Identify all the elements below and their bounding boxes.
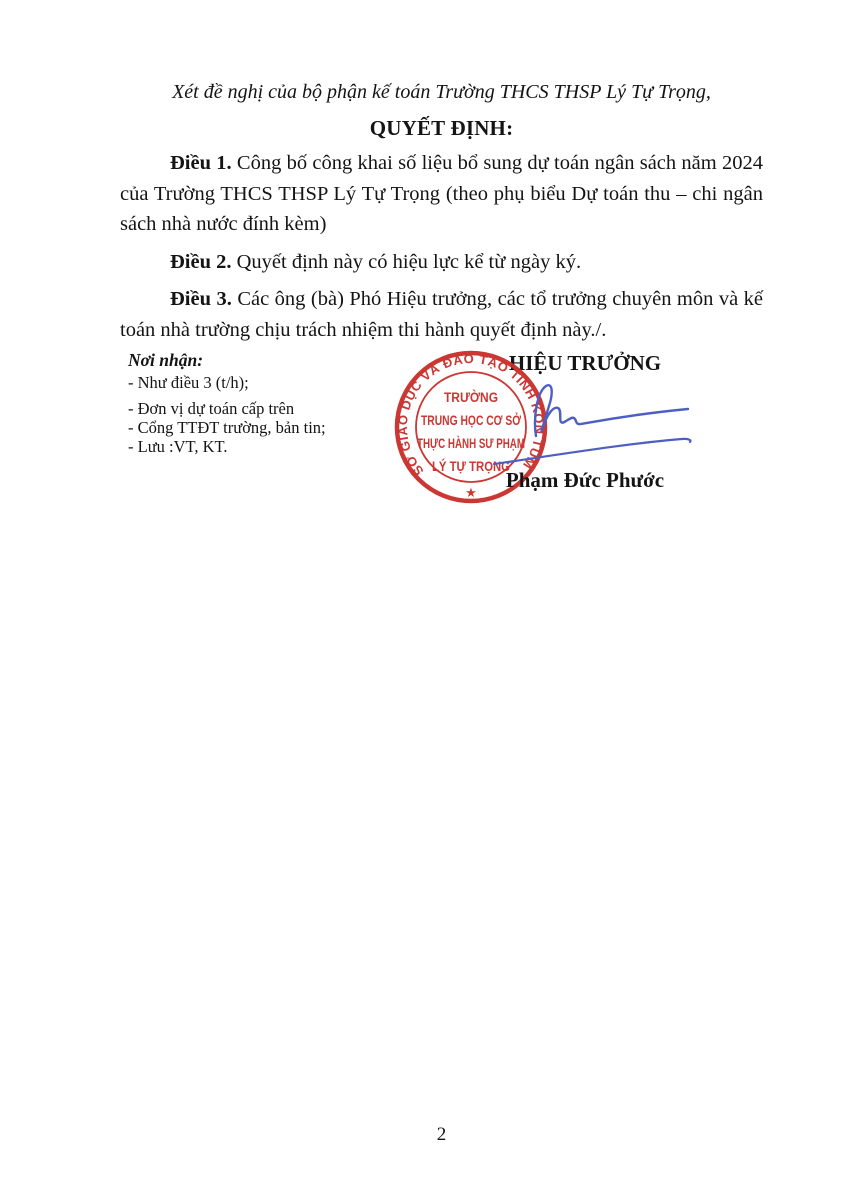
recipients-heading: Nơi nhận: <box>128 350 388 370</box>
recipient-item: - Như điều 3 (t/h); <box>128 373 388 392</box>
article-3: Điều 3. Các ông (bà) Phó Hiệu trưởng, cá… <box>120 284 763 345</box>
seal-star-icon: ★ <box>465 485 477 500</box>
article-2: Điều 2. Quyết định này có hiệu lực kể từ… <box>120 247 763 278</box>
document-page: Xét đề nghị của bộ phận kế toán Trường T… <box>0 0 849 1200</box>
signature-stroke-upper <box>535 385 688 436</box>
recipient-item: - Cổng TTĐT trường, bản tin; <box>128 418 388 437</box>
handwritten-signature <box>470 378 700 468</box>
article-1: Điều 1. Công bố công khai số liệu bổ sun… <box>120 148 763 240</box>
document-body: Xét đề nghị của bộ phận kế toán Trường T… <box>120 79 763 345</box>
article-3-label: Điều 3. <box>170 288 232 310</box>
recipient-item: - Đơn vị dự toán cấp trên <box>128 399 388 418</box>
document-title: QUYẾT ĐỊNH: <box>120 115 763 141</box>
signature-stroke-lower <box>494 439 691 464</box>
page-number: 2 <box>120 1124 763 1146</box>
recipient-item: - Lưu :VT, KT. <box>128 437 388 456</box>
article-1-label: Điều 1. <box>170 152 232 174</box>
recipients-block: Nơi nhận: - Như điều 3 (t/h); - Đơn vị d… <box>128 350 388 456</box>
article-2-label: Điều 2. <box>170 251 232 273</box>
signer-name: Phạm Đức Phước <box>492 468 678 492</box>
article-2-text: Quyết định này có hiệu lực kể từ ngày ký… <box>232 251 582 273</box>
preamble-line: Xét đề nghị của bộ phận kế toán Trường T… <box>120 79 763 105</box>
